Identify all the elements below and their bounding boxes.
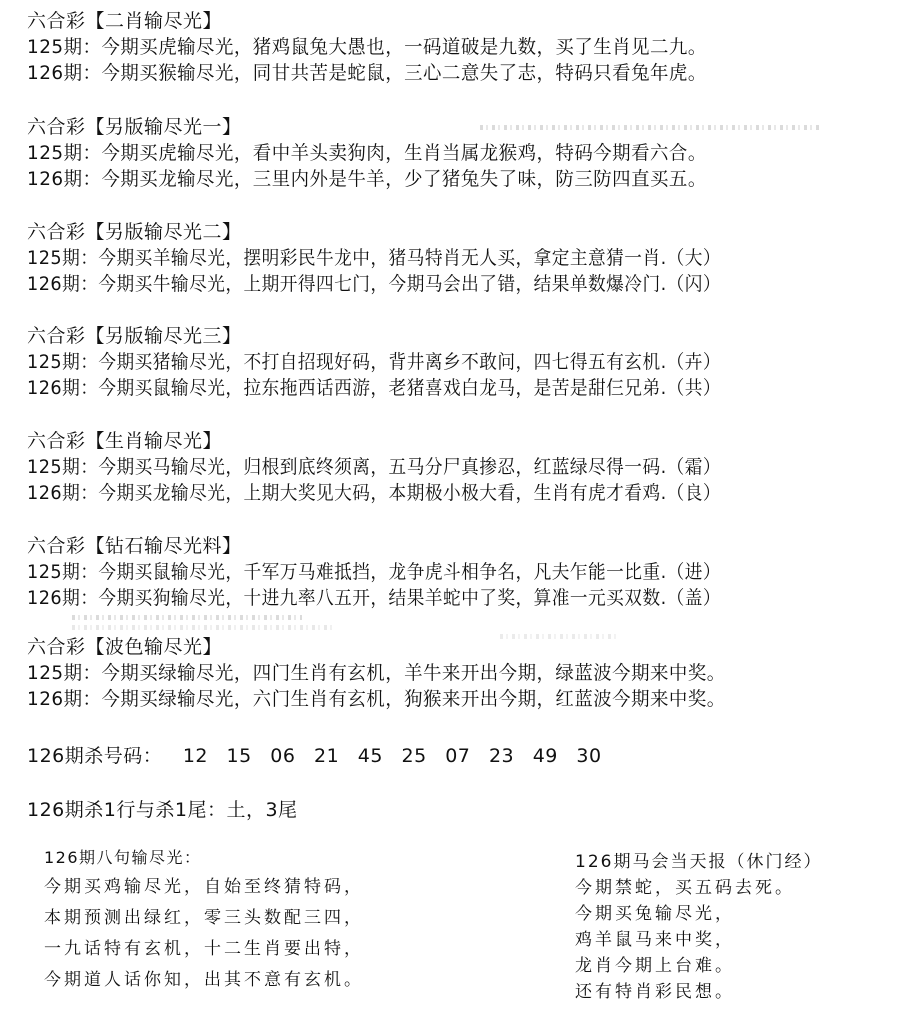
poem-horse-club: 126期马会当天报（休门经） 今期禁蛇，买五码去死。 今期买兔输尽光， 鸡羊鼠马… [575,849,822,1005]
poem-line: 今期买兔输尽光， [575,901,822,927]
section-er-xiao: 六合彩【二肖输尽光】 125期：今期买虎输尽光，猪鸡鼠兔大愚也，一码道破是九数，… [27,8,728,86]
kill-numbers-label: 126期杀号码： [27,745,162,767]
poem-line: 鸡羊鼠马来中奖， [575,927,822,953]
section-sheng-xiao: 六合彩【生肖输尽光】 125期：今期买马输尽光，归根到底终须离，五马分尸真掺忍，… [27,428,773,506]
prediction-row-126: 126期：今期买绿输尽光，六门生肖有玄机，狗猴来开出今期，红蓝波今期来中奖。 [27,686,726,712]
kill-number: 07 [445,745,470,767]
section-bo-se: 六合彩【波色输尽光】 125期：今期买绿输尽光，四门生肖有玄机，羊牛来开出今期，… [27,634,747,712]
section-zuan-shi: 六合彩【钻石输尽光料】 125期：今期买鼠输尽光，千军万马难抵挡，龙争虎斗相争名… [27,533,773,611]
kill-number: 30 [576,745,601,767]
kill-number: 23 [489,745,514,767]
prediction-row-126: 126期：今期买龙输尽光，三里内外是牛羊，少了猪兔失了味，防三防四直买五。 [27,166,707,192]
kill-number: 25 [401,745,426,767]
section-ling-ban-2: 六合彩【另版输尽光二】 125期：今期买羊输尽光，摆明彩民牛龙中，猪马特肖无人买… [27,219,773,297]
kill-number: 06 [270,745,295,767]
kill-number: 45 [358,745,383,767]
poem-line: 龙肖今期上台难。 [575,953,822,979]
section-ling-ban-3: 六合彩【另版输尽光三】 125期：今期买猪输尽光，不打自招现好码，背井离乡不敢问… [27,323,773,401]
kill-line-tail: 126期杀1行与杀1尾：土，3尾 [27,795,298,822]
scan-noise [480,125,820,130]
prediction-row-126: 126期：今期买狗输尽光，十进九率八五开，结果羊蛇中了奖，算准一元买双数.（盖） [27,585,721,611]
kill-numbers-line: 126期杀号码： 12 15 06 21 45 25 07 23 49 30 [27,741,614,768]
prediction-row-126: 126期：今期买牛输尽光，上期开得四七门，今期马会出了错，结果单数爆冷门.（闪） [27,271,721,297]
poem-line: 今期道人话你知，出其不意有玄机。 [44,965,364,996]
section-title: 六合彩【另版输尽光三】 [27,323,773,349]
prediction-row-125: 125期：今期买虎输尽光，猪鸡鼠兔大愚也，一码道破是九数，买了生肖见二九。 [27,34,707,60]
poem-title: 126期马会当天报（休门经） [575,849,822,875]
prediction-row-125: 125期：今期买猪输尽光，不打自招现好码，背井离乡不敢问，四七得五有玄机.（卉） [27,349,721,375]
section-title: 六合彩【二肖输尽光】 [27,8,728,34]
poem-title: 126期八句输尽光： [44,844,364,872]
scan-noise [72,615,302,620]
kill-number: 49 [533,745,558,767]
section-title: 六合彩【钻石输尽光料】 [27,533,773,559]
prediction-row-126: 126期：今期买猴输尽光，同甘共苦是蛇鼠，三心二意失了志，特码只看兔年虎。 [27,60,707,86]
prediction-row-125: 125期：今期买绿输尽光，四门生肖有玄机，羊牛来开出今期，绿蓝波今期来中奖。 [27,660,726,686]
poem-line: 一九话特有玄机，十二生肖要出特， [44,934,364,965]
kill-number: 12 [183,745,208,767]
kill-number: 21 [314,745,339,767]
prediction-row-126: 126期：今期买龙输尽光，上期大奖见大码，本期极小极大看，生肖有虎才看鸡.（良） [27,480,721,506]
scan-noise [72,625,332,630]
prediction-row-125: 125期：今期买羊输尽光，摆明彩民牛龙中，猪马特肖无人买，拿定主意猜一肖.（大） [27,245,721,271]
poem-eight-lines: 126期八句输尽光： 今期买鸡输尽光，自始至终猜特码， 本期预测出绿红，零三头数… [44,844,364,996]
poem-line: 还有特肖彩民想。 [575,979,822,1005]
prediction-row-125: 125期：今期买马输尽光，归根到底终须离，五马分尸真掺忍，红蓝绿尽得一码.（霜） [27,454,721,480]
kill-number: 15 [227,745,252,767]
prediction-row-126: 126期：今期买鼠输尽光，拉东拖西话西游，老猪喜戏白龙马，是苦是甜仨兄弟.（共） [27,375,721,401]
section-title: 六合彩【波色输尽光】 [27,634,747,660]
kill-numbers-list: 12 15 06 21 45 25 07 23 49 30 [183,745,614,767]
poem-line: 今期买鸡输尽光，自始至终猜特码， [44,872,364,903]
section-title: 六合彩【生肖输尽光】 [27,428,773,454]
poem-line: 本期预测出绿红，零三头数配三四， [44,903,364,934]
poem-line: 今期禁蛇，买五码去死。 [575,875,822,901]
section-title: 六合彩【另版输尽光二】 [27,219,773,245]
prediction-row-125: 125期：今期买鼠输尽光，千军万马难抵挡，龙争虎斗相争名，凡夫乍能一比重.（进） [27,559,721,585]
prediction-row-125: 125期：今期买虎输尽光，看中羊头卖狗肉，生肖当属龙猴鸡，特码今期看六合。 [27,140,707,166]
